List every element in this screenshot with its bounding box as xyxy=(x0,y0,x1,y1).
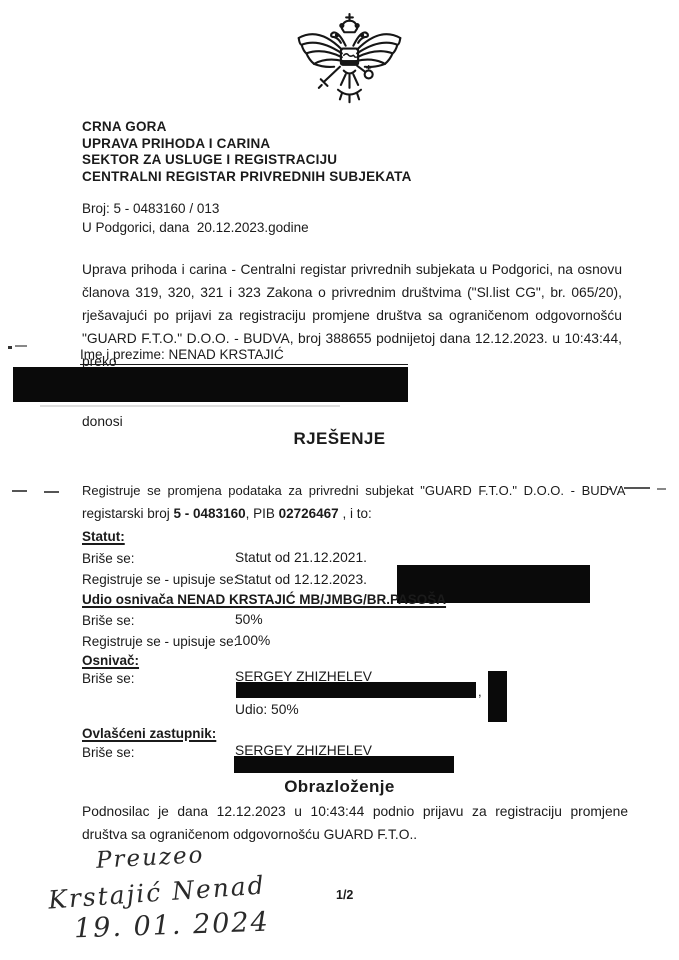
scan-artifact-dash xyxy=(44,491,59,493)
osnivac-brise-label: Briše se: xyxy=(82,671,135,686)
udio-registruje-value: 100% xyxy=(235,633,270,648)
redaction-bar xyxy=(13,367,408,402)
statut-registruje-value: Statut od 12.12.2023. xyxy=(235,572,367,587)
decision-title: RJEŠENJE xyxy=(0,429,679,449)
zastupnik-brise-label: Briše se: xyxy=(82,745,135,760)
redacted-comma: , xyxy=(478,684,482,699)
section-title-udio-osnivaca: Udio osnivača NENAD KRSTAJIĆ MB/JMBG/BR.… xyxy=(82,592,446,607)
pib-number: 02726467 xyxy=(279,506,339,521)
donosi-word: donosi xyxy=(82,414,123,429)
case-number-line: Broj: 5 - 0483160 / 013 xyxy=(82,201,219,216)
place-date-line: U Podgorici, dana 20.12.2023.godine xyxy=(82,220,309,235)
scan-artifact-dash xyxy=(624,487,650,489)
reg-line2-mid: , PIB xyxy=(246,506,279,521)
redaction-block xyxy=(488,671,507,722)
issuing-authority-block: CRNA GORA UPRAVA PRIHODA I CARINA SEKTOR… xyxy=(82,119,412,185)
scanned-decision-document: CRNA GORA UPRAVA PRIHODA I CARINA SEKTOR… xyxy=(0,0,679,960)
section-title-osnivac: Osnivač: xyxy=(82,653,139,668)
coat-of-arms-montenegro-icon xyxy=(292,12,407,110)
reg-line2-suffix: , i to: xyxy=(339,506,372,521)
registry-name: CENTRALNI REGISTAR PRIVREDNIH SUBJEKATA xyxy=(82,169,412,186)
statut-brise-label: Briše se: xyxy=(82,551,135,566)
statut-registruje-label: Registruje se - upisuje se: xyxy=(82,572,237,587)
registration-line1: Registruje se promjena podataka za privr… xyxy=(82,483,603,498)
scan-artifact xyxy=(15,345,27,347)
handwritten-note: Preuzeo xyxy=(95,842,205,874)
scan-smear xyxy=(40,405,340,407)
statut-brise-value: Statut od 21.12.2021. xyxy=(235,550,367,565)
authority-name: UPRAVA PRIHODA I CARINA xyxy=(82,136,412,153)
udio-brise-label: Briše se: xyxy=(82,613,135,628)
sector-name: SEKTOR ZA USLUGE I REGISTRACIJU xyxy=(82,152,412,169)
page-number: 1/2 xyxy=(336,888,353,902)
handwritten-date: 19. 01. 2024 xyxy=(74,907,271,945)
scan-artifact-dash xyxy=(12,490,27,492)
registry-number: 5 - 0483160 xyxy=(174,506,246,521)
country-name: CRNA GORA xyxy=(82,119,412,136)
submitter-name-line: Ime i prezime: NENAD KRSTAJIĆ xyxy=(80,347,408,365)
scan-artifact xyxy=(8,346,12,349)
explanation-title: Obrazloženje xyxy=(0,777,679,797)
redaction-bar xyxy=(236,682,476,698)
section-title-statut: Statut: xyxy=(82,529,125,544)
reg-line2-prefix: registarski broj xyxy=(82,506,174,521)
explanation-paragraph: Podnosilac je dana 12.12.2023 u 10:43:44… xyxy=(82,800,628,846)
scan-artifact-dash xyxy=(657,488,666,490)
redaction-bar xyxy=(234,756,454,773)
section-title-zastupnik: Ovlašćeni zastupnik: xyxy=(82,726,216,741)
registration-line2: registarski broj 5 - 0483160, PIB 027264… xyxy=(82,506,372,521)
udio-brise-value: 50% xyxy=(235,612,263,627)
udio-registruje-label: Registruje se - upisuje se: xyxy=(82,634,237,649)
osnivac-udio-value: Udio: 50% xyxy=(235,702,299,717)
